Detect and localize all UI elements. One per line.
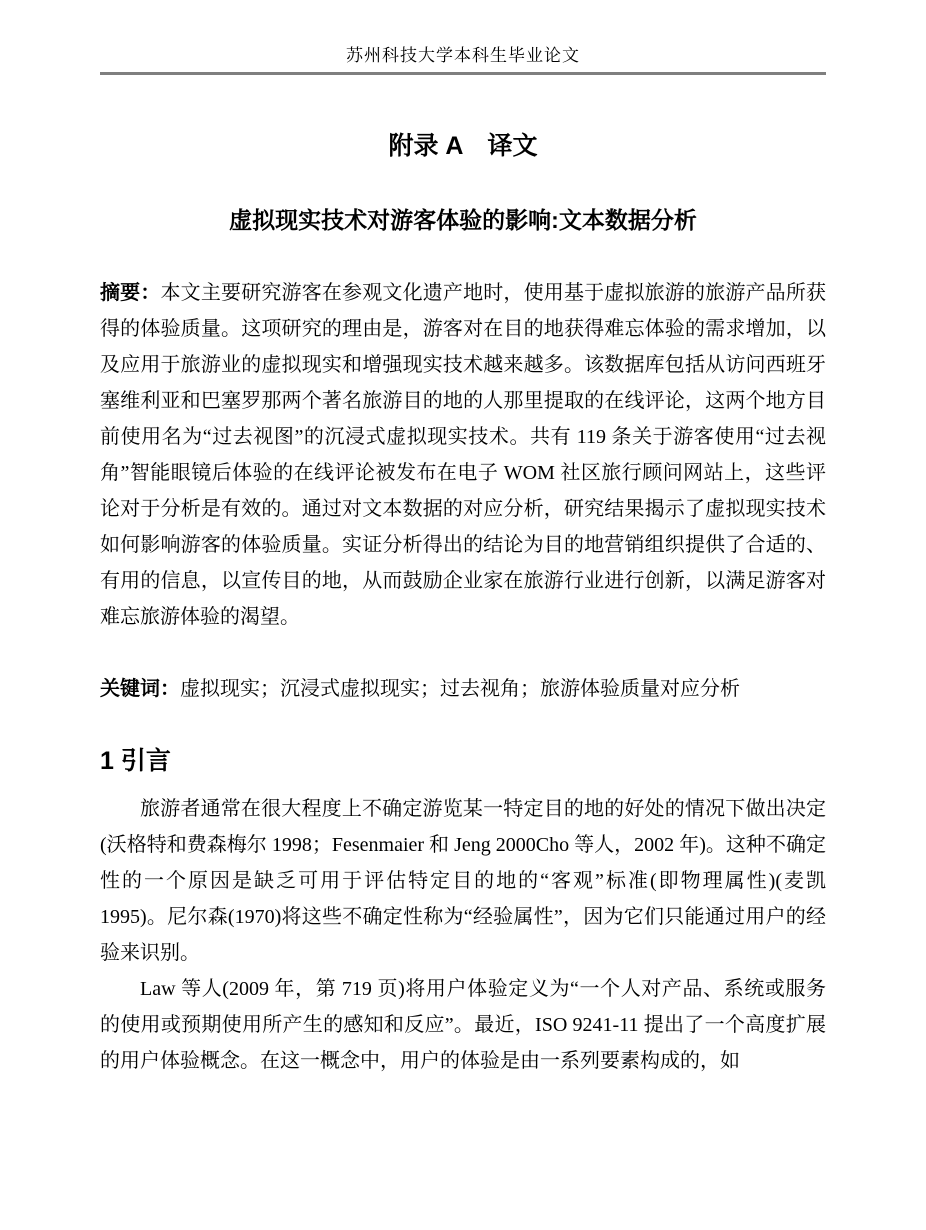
keywords-label: 关键词： <box>100 678 180 700</box>
abstract-paragraph: 摘要：本文主要研究游客在参观文化遗产地时，使用基于虚拟旅游的旅游产品所获得的体验… <box>100 275 826 635</box>
running-head: 苏州科技大学本科生毕业论文 <box>100 0 826 75</box>
abstract-label: 摘要： <box>100 282 161 304</box>
abstract-text: 本文主要研究游客在参观文化遗产地时，使用基于虚拟旅游的旅游产品所获得的体验质量。… <box>100 282 826 628</box>
keywords-paragraph: 关键词：虚拟现实；沉浸式虚拟现实；过去视角；旅游体验质量对应分析 <box>100 671 826 707</box>
section-1-heading: 1 引言 <box>100 745 826 777</box>
keywords-text: 虚拟现实；沉浸式虚拟现实；过去视角；旅游体验质量对应分析 <box>180 678 740 700</box>
body-paragraph-2: Law 等人(2009 年，第 719 页)将用户体验定义为“一个人对产品、系统… <box>100 971 826 1079</box>
paper-title: 虚拟现实技术对游客体验的影响:文本数据分析 <box>100 205 826 235</box>
appendix-title: 附录 A 译文 <box>100 130 826 162</box>
running-head-text: 苏州科技大学本科生毕业论文 <box>346 46 580 65</box>
document-page: 苏州科技大学本科生毕业论文 附录 A 译文 虚拟现实技术对游客体验的影响:文本数… <box>0 0 926 1230</box>
body-paragraph-1: 旅游者通常在很大程度上不确定游览某一特定目的地的好处的情况下做出决定(沃格特和费… <box>100 791 826 971</box>
